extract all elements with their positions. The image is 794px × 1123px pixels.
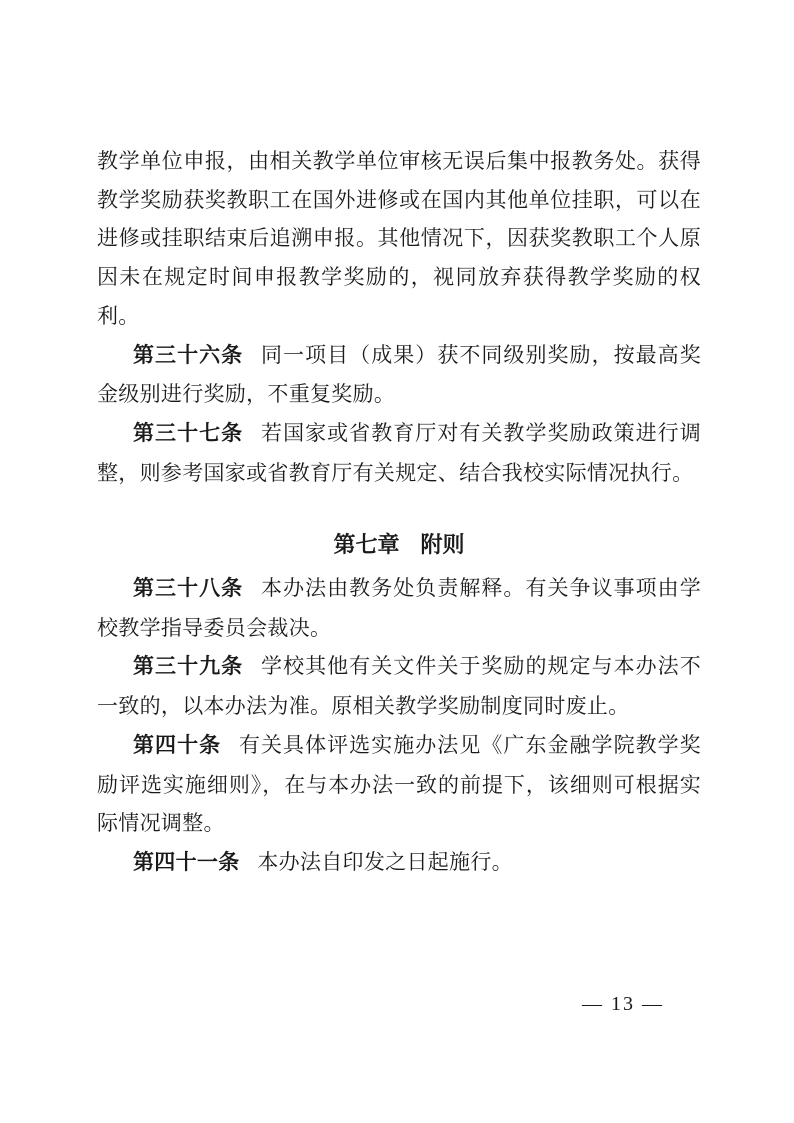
article-41-paragraph: 第四十一条本办法自印发之日起施行。 <box>97 843 701 883</box>
chapter-title: 附则 <box>420 532 464 557</box>
article-41-text: 本办法自印发之日起施行。 <box>257 850 513 874</box>
article-37-paragraph: 第三十七条若国家或省教育厅对有关教学奖励政策进行调整，则参考国家或省教育厅有关规… <box>97 414 701 492</box>
article-36-paragraph: 第三十六条同一项目（成果）获不同级别奖励，按最高奖金级别进行奖励，不重复奖励。 <box>97 336 701 414</box>
article-41-label: 第四十一条 <box>133 851 240 874</box>
document-body: 教学单位申报，由相关教学单位审核无误后集中报教务处。获得教学奖励获奖教职工在国外… <box>97 142 701 883</box>
article-39-paragraph: 第三十九条学校其他有关文件关于奖励的规定与本办法不一致的，以本办法为准。原相关教… <box>97 647 701 725</box>
chapter-number: 第七章 <box>334 532 400 557</box>
document-page: 教学单位申报，由相关教学单位审核无误后集中报教务处。获得教学奖励获奖教职工在国外… <box>0 0 794 1123</box>
article-40-paragraph: 第四十条有关具体评选实施办法见《广东金融学院教学奖励评选实施细则》，在与本办法一… <box>97 726 701 843</box>
intro-paragraph: 教学单位申报，由相关教学单位审核无误后集中报教务处。获得教学奖励获奖教职工在国外… <box>97 142 701 336</box>
article-39-label: 第三十九条 <box>133 655 243 678</box>
chapter-heading: 第七章附则 <box>97 526 701 565</box>
article-37-label: 第三十七条 <box>133 422 243 445</box>
intro-text: 教学单位申报，由相关教学单位审核无误后集中报教务处。获得教学奖励获奖教职工在国外… <box>97 149 701 328</box>
page-number-footer: — 13 — <box>582 993 664 1016</box>
article-38-label: 第三十八条 <box>133 577 243 600</box>
article-36-label: 第三十六条 <box>133 344 243 367</box>
article-40-label: 第四十条 <box>133 734 221 757</box>
article-38-paragraph: 第三十八条本办法由教务处负责解释。有关争议事项由学校教学指导委员会裁决。 <box>97 569 701 647</box>
